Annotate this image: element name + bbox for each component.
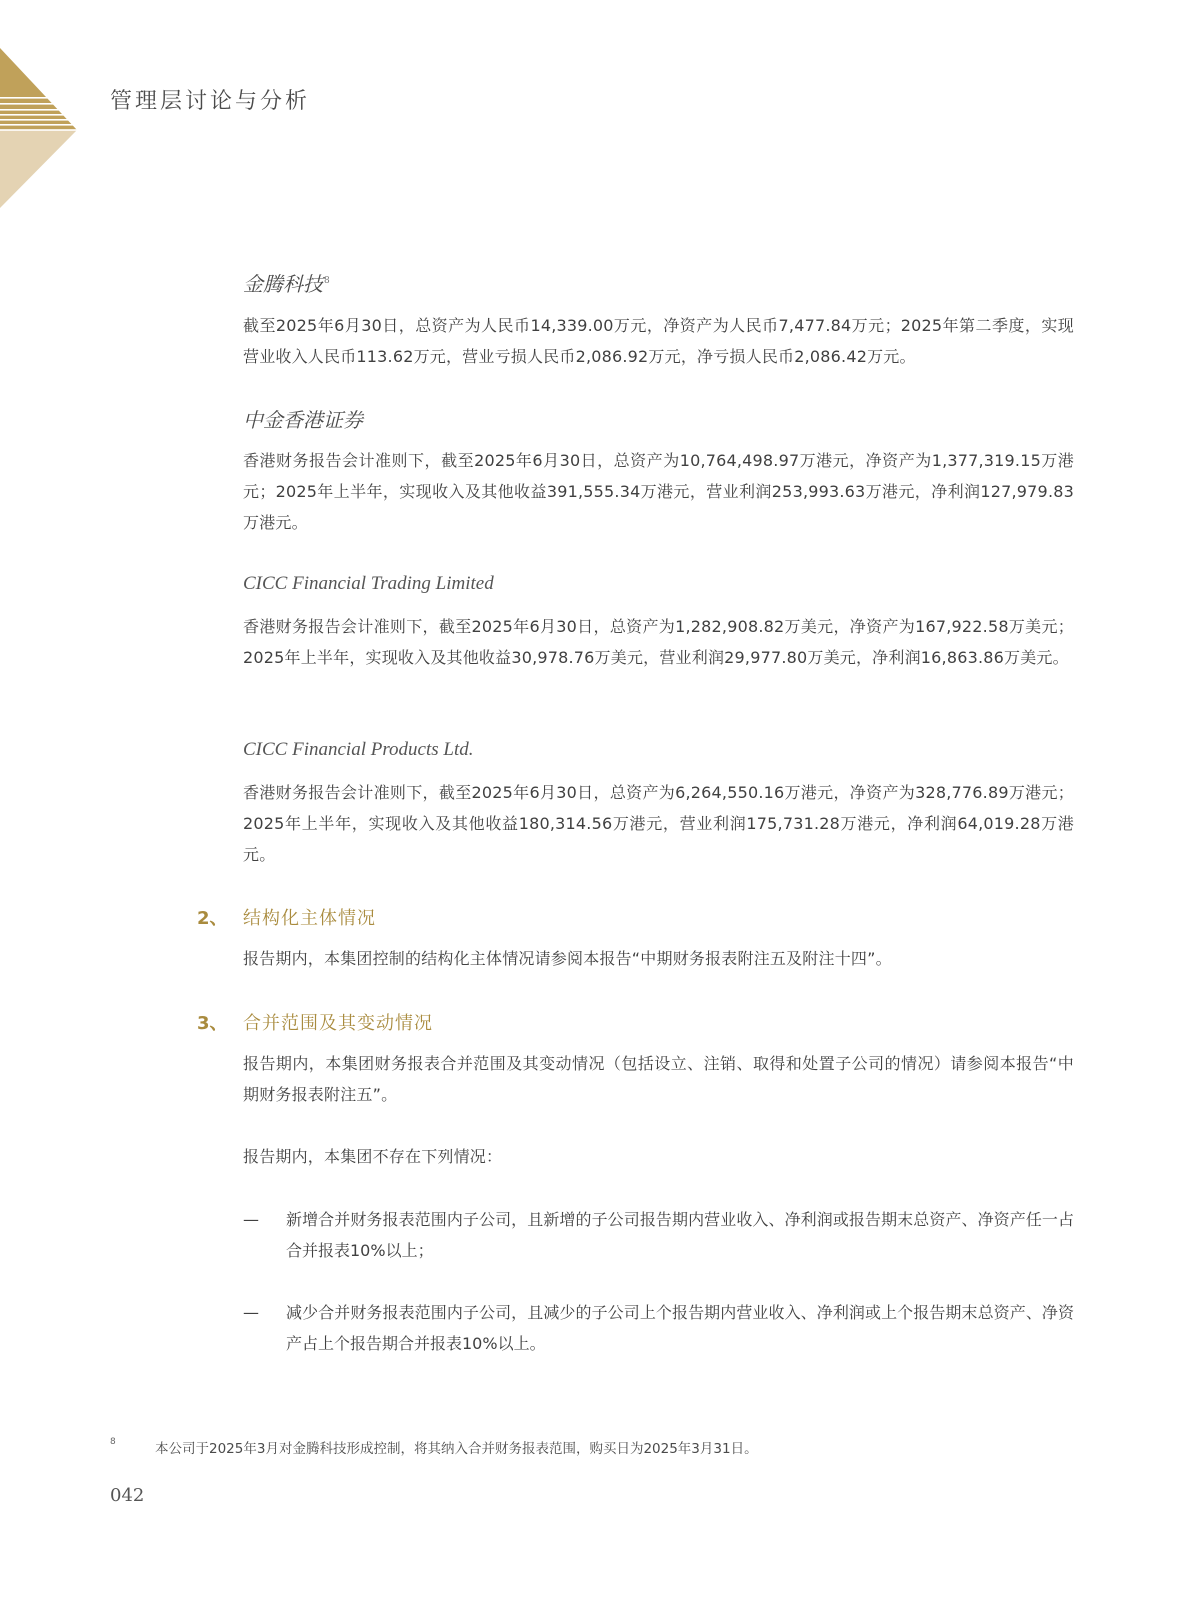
section-title: 合并范围及其变动情况 bbox=[243, 1013, 433, 1034]
subsidiary-name: CICC Financial Products Ltd. bbox=[243, 739, 473, 760]
subsidiary-title: CICC Financial Products Ltd. bbox=[243, 739, 473, 761]
section-heading: 2、结构化主体情况 bbox=[197, 904, 376, 930]
section-paragraph: 报告期内，本集团不存在下列情况： bbox=[243, 1141, 1074, 1172]
footnote-text: 本公司于2025年3月对金腾科技形成控制，将其纳入合并财务报表范围，购买日为20… bbox=[155, 1441, 758, 1457]
dash-bullet-icon: — bbox=[243, 1297, 259, 1328]
subsidiary-description: 香港财务报告会计准则下，截至2025年6月30日，总资产为1,282,908.8… bbox=[243, 611, 1074, 673]
list-item-text: 减少合并财务报表范围内子公司，且减少的子公司上个报告期内营业收入、净利润或上个报… bbox=[286, 1297, 1074, 1359]
subsidiary-name: 中金香港证券 bbox=[243, 408, 363, 432]
decorative-corner-triangle-icon bbox=[0, 48, 80, 208]
section-paragraph: 报告期内，本集团财务报表合并范围及其变动情况（包括设立、注销、取得和处置子公司的… bbox=[243, 1048, 1074, 1110]
subsidiary-title: 中金香港证券 bbox=[243, 404, 363, 433]
section-paragraph: 报告期内，本集团控制的结构化主体情况请参阅本报告“中期财务报表附注五及附注十四”… bbox=[243, 943, 1074, 974]
list-item-text: 新增合并财务报表范围内子公司，且新增的子公司报告期内营业收入、净利润或报告期末总… bbox=[286, 1204, 1074, 1266]
page-number: 042 bbox=[110, 1485, 144, 1506]
subsidiary-name: CICC Financial Trading Limited bbox=[243, 573, 494, 594]
section-heading: 3、合并范围及其变动情况 bbox=[197, 1009, 433, 1035]
dash-bullet-icon: — bbox=[243, 1204, 259, 1235]
subsidiary-description: 香港财务报告会计准则下，截至2025年6月30日，总资产为10,764,498.… bbox=[243, 445, 1074, 538]
subsidiary-name: 金腾科技 bbox=[243, 272, 323, 296]
footnote-reference[interactable]: 8 bbox=[324, 276, 330, 286]
section-number: 2、 bbox=[197, 904, 243, 930]
footnote: 8本公司于2025年3月对金腾科技形成控制，将其纳入合并财务报表范围，购买日为2… bbox=[110, 1437, 758, 1457]
subsidiary-title: 金腾科技8 bbox=[243, 268, 330, 297]
subsidiary-description: 截至2025年6月30日，总资产为人民币14,339.00万元，净资产为人民币7… bbox=[243, 310, 1074, 372]
subsidiary-title: CICC Financial Trading Limited bbox=[243, 573, 494, 595]
footnote-mark: 8 bbox=[110, 1437, 155, 1447]
subsidiary-description: 香港财务报告会计准则下，截至2025年6月30日，总资产为6,264,550.1… bbox=[243, 777, 1074, 870]
running-header-title: 管理层讨论与分析 bbox=[110, 84, 310, 115]
section-number: 3、 bbox=[197, 1009, 243, 1035]
section-title: 结构化主体情况 bbox=[243, 908, 376, 929]
